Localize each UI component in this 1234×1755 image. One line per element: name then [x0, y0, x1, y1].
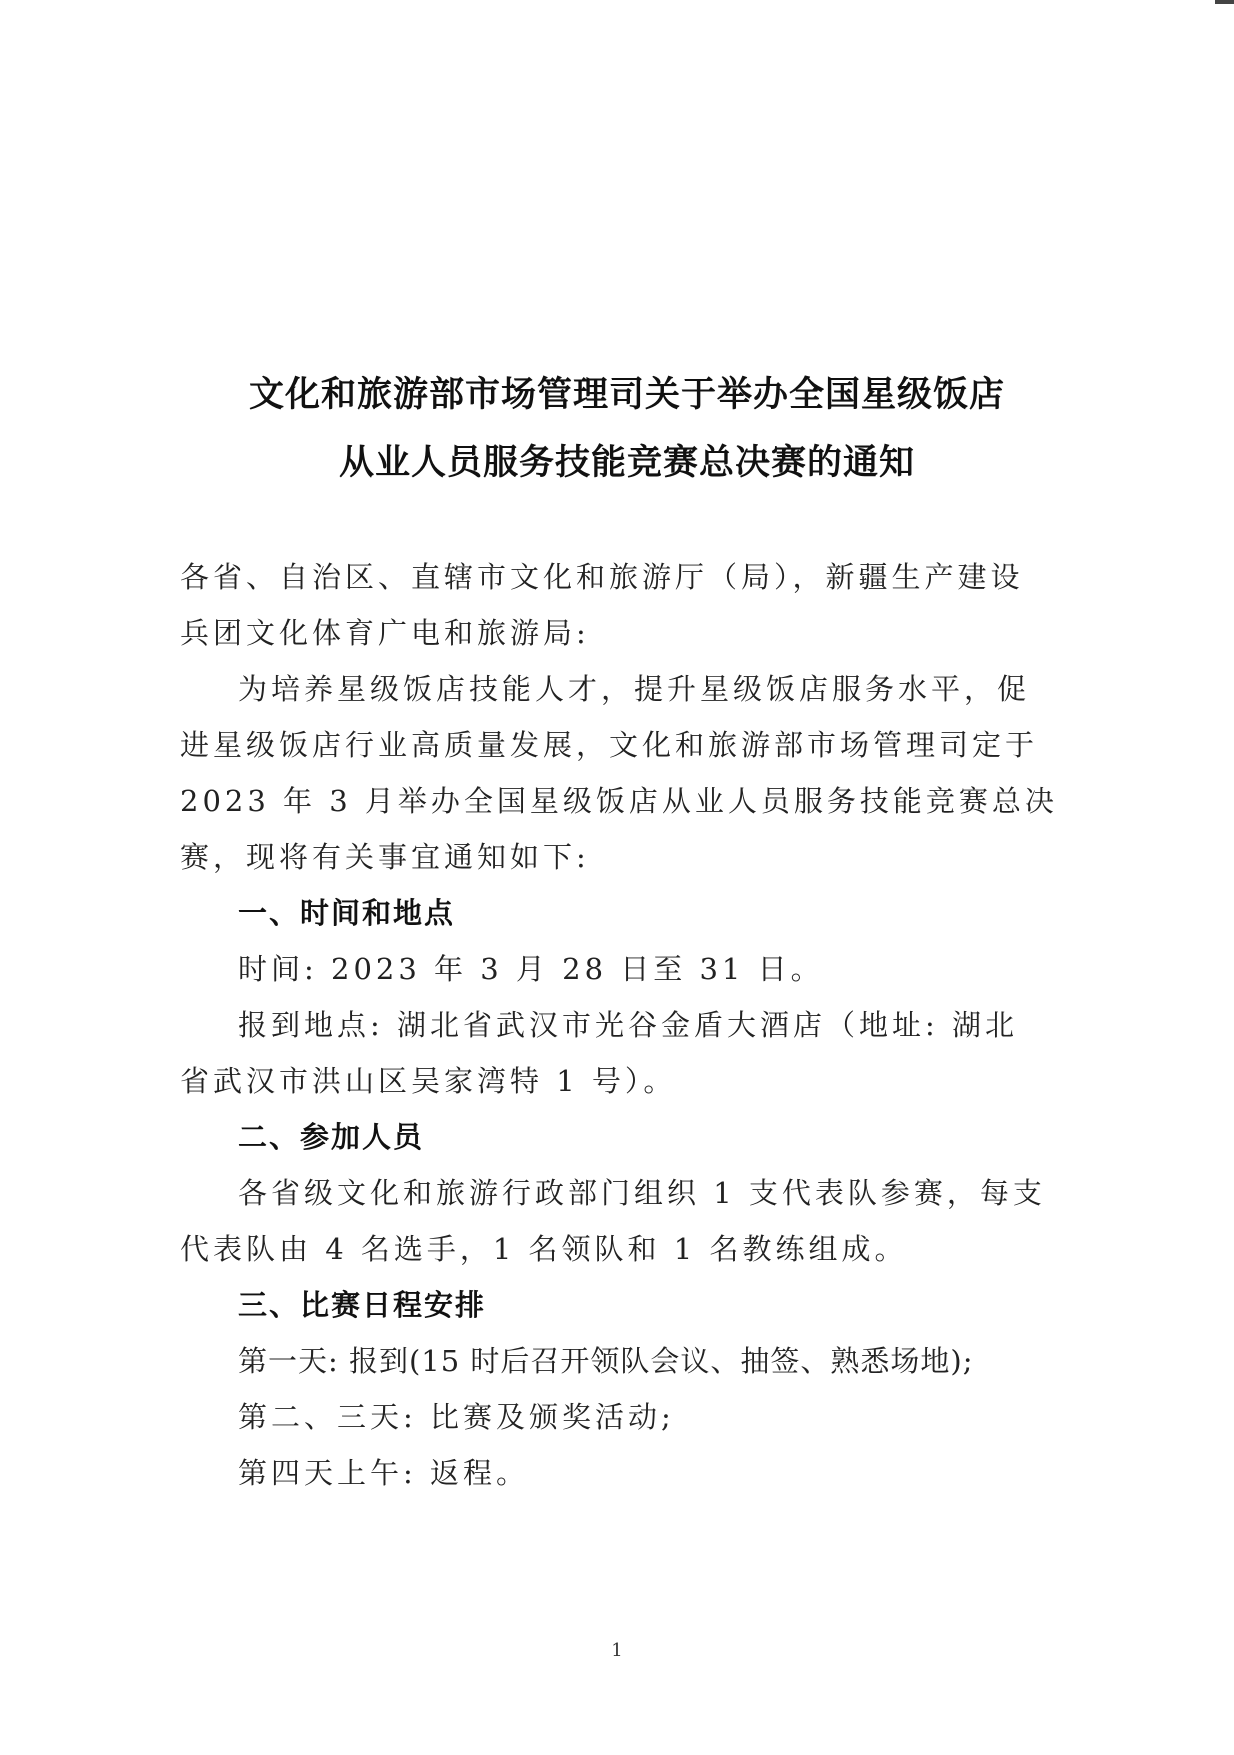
section-heading-participants: 二、参加人员 [238, 1123, 424, 1152]
section-1-line-2: 报到地点: 湖北省武汉市光谷金盾大酒店（地址: 湖北 [238, 1011, 1018, 1040]
section-2-line-1: 各省级文化和旅游行政部门组织 1 支代表队参赛，每支 [238, 1179, 1046, 1208]
document-page: 文化和旅游部市场管理司关于举办全国星级饭店 从业人员服务技能竞赛总决赛的通知 各… [0, 0, 1234, 1755]
page-number: 1 [0, 1640, 1234, 1661]
scan-corner-mark [1215, 0, 1234, 4]
intro-line-3: 2023 年 3 月举办全国星级饭店从业人员服务技能竞赛总决 [180, 787, 1058, 816]
intro-line-2: 进星级饭店行业高质量发展，文化和旅游部市场管理司定于 [180, 731, 1038, 760]
section-heading-time-location: 一、时间和地点 [238, 899, 455, 928]
section-heading-schedule: 三、比赛日程安排 [238, 1291, 486, 1320]
intro-line-1: 为培养星级饭店技能人才，提升星级饭店服务水平，促 [238, 675, 1030, 704]
document-title-line-2: 从业人员服务技能竞赛总决赛的通知 [10, 446, 1234, 481]
section-3-line-3: 第四天上午: 返程。 [238, 1459, 529, 1488]
intro-line-4: 赛，现将有关事宜通知如下: [180, 843, 590, 872]
section-1-line-3: 省武汉市洪山区吴家湾特 1 号）。 [180, 1067, 676, 1096]
section-3-line-2: 第二、三天: 比赛及颁奖活动; [238, 1403, 675, 1432]
document-title-line-1: 文化和旅游部市场管理司关于举办全国星级饭店 [10, 378, 1234, 413]
section-3-line-1: 第一天: 报到(15 时后召开领队会议、抽签、熟悉场地); [238, 1347, 974, 1376]
salutation-line-2: 兵团文化体育广电和旅游局: [180, 619, 590, 648]
section-2-line-2: 代表队由 4 名选手，1 名领队和 1 名教练组成。 [180, 1235, 907, 1264]
salutation-line-1: 各省、自治区、直辖市文化和旅游厅（局），新疆生产建设 [180, 563, 1024, 592]
section-1-line-1: 时间: 2023 年 3 月 28 日至 31 日。 [238, 955, 824, 984]
